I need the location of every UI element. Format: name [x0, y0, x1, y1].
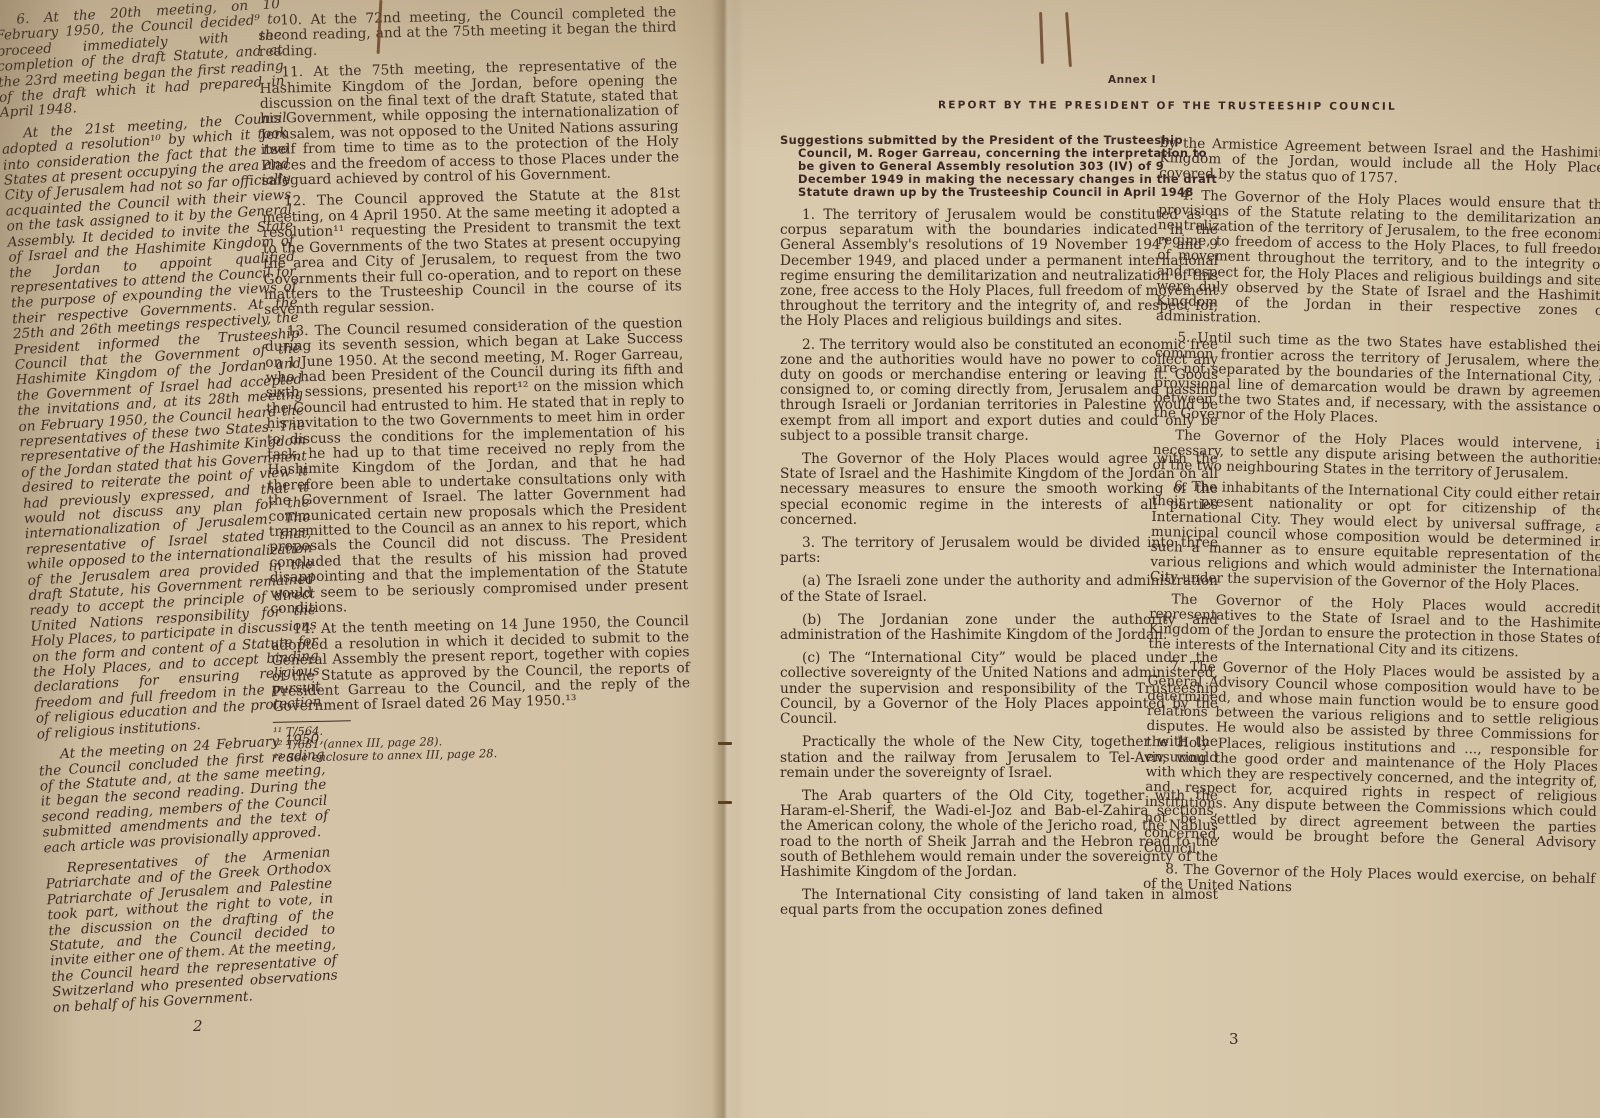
paragraph-4: 4. The Governor of the Holy Places would…: [1156, 188, 1600, 335]
paragraph-6: 6. The inhabitants of the International …: [1150, 479, 1600, 596]
staple-top: [718, 742, 732, 745]
pen-annotation-mark: [1065, 12, 1072, 67]
footnote-divider: [273, 720, 351, 723]
book-gutter: [712, 0, 738, 1118]
lead-heading: Suggestions submitted by the President o…: [780, 134, 1218, 199]
right-column-2: by the Armistice Agreement between Israe…: [1143, 136, 1600, 909]
paragraph: The Governor of the Holy Places would ac…: [1148, 592, 1600, 663]
left-page: 6. At the 20th meeting, on 10 February 1…: [0, 0, 712, 1118]
paragraph-1: 1. The territory of Jerusalem would be c…: [780, 208, 1218, 330]
paragraph: 6. At the 20th meeting, on 10 February 1…: [0, 0, 286, 122]
left-column-2: 10. At the 72nd meeting, the Council com…: [258, 5, 692, 764]
paragraph-14: 14. At the tenth meeting on 14 June 1950…: [271, 615, 691, 716]
pen-annotation-mark: [1039, 12, 1044, 64]
page-number-right: 3: [1229, 1030, 1239, 1048]
paragraph: The Governor of the Holy Places would in…: [1152, 428, 1600, 484]
staple-bottom: [718, 801, 732, 804]
paragraph-5: 5. Until such time as the two States hav…: [1154, 330, 1600, 431]
paragraph-8: 8. The Governor of the Holy Places would…: [1143, 862, 1596, 903]
paragraph-10: 10. At the 72nd meeting, the Council com…: [258, 5, 677, 60]
paragraph-11: 11. At the 75th meeting, the representat…: [259, 57, 679, 189]
paragraph-12: 12. The Council approved the Statute at …: [262, 187, 682, 319]
paragraph: by the Armistice Agreement between Israe…: [1159, 136, 1600, 192]
paragraph-2: 2. The territory would also be constitut…: [780, 338, 1218, 444]
paragraph-7: 7. The Governor of the Holy Places would…: [1144, 658, 1600, 866]
annex-label: Annex I: [1108, 74, 1156, 86]
right-page: Annex I REPORT BY THE PRESIDENT OF THE T…: [738, 0, 1600, 1118]
report-title: REPORT BY THE PRESIDENT OF THE TRUSTEESH…: [938, 99, 1397, 113]
paragraph-13: 13. The Council resumed consideration of…: [265, 316, 689, 617]
paragraph: Representatives of the Armenian Patriarc…: [44, 845, 339, 1016]
document-spread: 6. At the 20th meeting, on 10 February 1…: [0, 0, 1600, 1118]
page-number-left: 2: [193, 1017, 203, 1035]
